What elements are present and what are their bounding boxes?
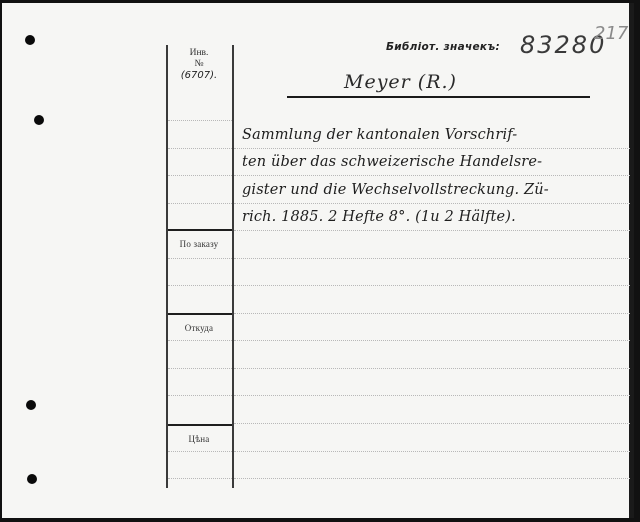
section-label-order: По заказу bbox=[166, 239, 232, 249]
punch-hole bbox=[26, 400, 36, 410]
section-divider bbox=[168, 313, 232, 315]
title-line-1: Sammlung der kantonalen Vorschrif- bbox=[242, 127, 517, 143]
ruled-line bbox=[234, 478, 630, 479]
punch-hole bbox=[34, 115, 44, 125]
section-divider bbox=[168, 229, 232, 231]
punch-hole bbox=[27, 474, 37, 484]
author-underline bbox=[287, 96, 590, 98]
ruled-line bbox=[168, 120, 232, 121]
ruled-line bbox=[168, 368, 232, 369]
title-line-3: gister und die Wechselvollstreckung. Zü- bbox=[242, 182, 549, 198]
ruled-line bbox=[234, 395, 630, 396]
inventory-block: Инв. № (6707). bbox=[166, 48, 232, 81]
ruled-line bbox=[234, 258, 630, 259]
ruled-line bbox=[234, 203, 630, 204]
ruled-line bbox=[234, 368, 630, 369]
shelfmark-label: Библіот. значекъ: bbox=[386, 41, 500, 53]
inventory-number: (6707). bbox=[166, 70, 232, 81]
ruled-line bbox=[234, 285, 630, 286]
ruled-line bbox=[168, 340, 232, 341]
ruled-line bbox=[234, 175, 630, 176]
column-rule-left bbox=[166, 45, 168, 488]
author-name: Meyer (R.) bbox=[344, 71, 457, 93]
ruled-line bbox=[168, 258, 232, 259]
ruled-line bbox=[234, 423, 630, 424]
inventory-number-sign: № bbox=[166, 59, 232, 70]
ruled-line bbox=[234, 230, 630, 231]
ruled-line bbox=[168, 395, 232, 396]
ruled-line bbox=[168, 285, 232, 286]
column-rule-right bbox=[232, 45, 234, 488]
section-label-price: Цѣна bbox=[166, 434, 232, 444]
punch-hole bbox=[25, 35, 35, 45]
ruled-line bbox=[168, 175, 232, 176]
ruled-line bbox=[234, 340, 630, 341]
title-line-2: ten über das schweizerische Handelsre- bbox=[242, 154, 542, 170]
section-divider bbox=[168, 424, 232, 426]
ruled-line bbox=[168, 478, 232, 479]
ruled-line bbox=[234, 313, 630, 314]
ruled-line bbox=[168, 148, 232, 149]
ruled-line bbox=[234, 451, 630, 452]
shelfmark-annotation: 217 bbox=[594, 23, 628, 44]
ruled-line bbox=[168, 451, 232, 452]
catalog-card: Библіот. значекъ: 83280 217 Инв. № (6707… bbox=[2, 3, 634, 518]
ruled-line bbox=[234, 148, 630, 149]
title-line-4: rich. 1885. 2 Hefte 8°. (1u 2 Hälfte). bbox=[242, 209, 516, 225]
section-label-source: Откуда bbox=[166, 323, 232, 333]
inventory-label: Инв. bbox=[166, 48, 232, 59]
ruled-line bbox=[168, 203, 232, 204]
